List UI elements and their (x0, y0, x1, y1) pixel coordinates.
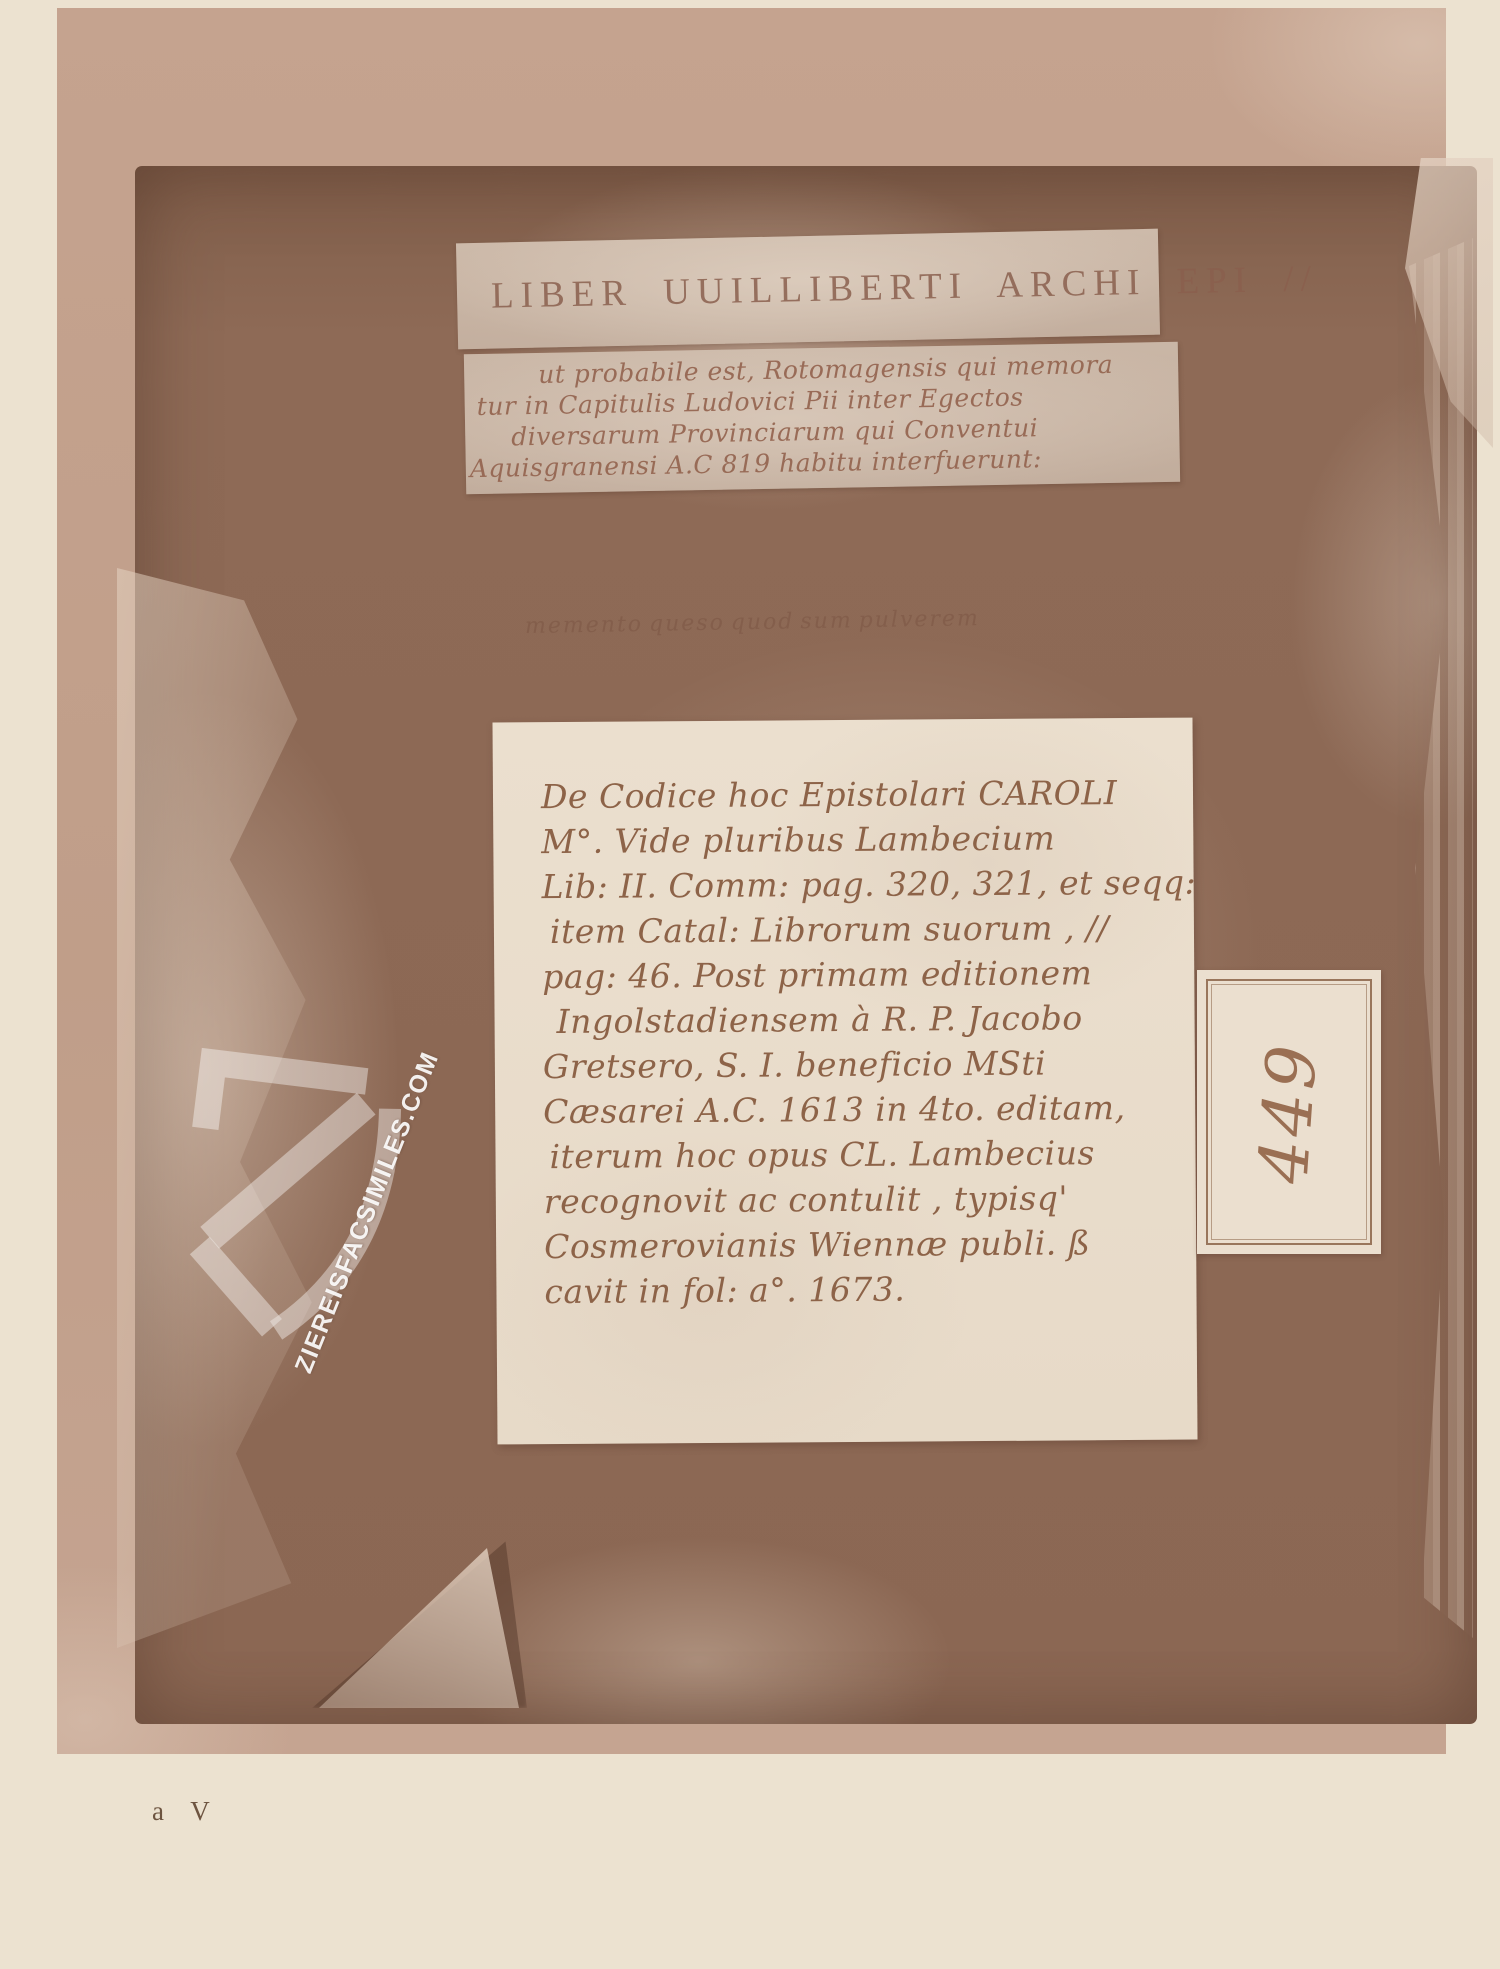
description-line: De Codice hoc Epistolari CAROLI (541, 770, 1193, 820)
description-line: M°. Vide pluribus Lambecium (541, 815, 1193, 865)
photo-plate: LIBER UUILLIBERTI ARCHI EPI // ut probab… (57, 8, 1446, 1754)
description-line: pag: 46. Post primam editionem (542, 950, 1194, 1000)
description-line: Gretsero, S. I. beneficio MSti (543, 1040, 1195, 1090)
title-label: LIBER UUILLIBERTI ARCHI EPI // (456, 229, 1160, 350)
provenance-note-label: ut probabile est, Rotomagensis qui memor… (464, 342, 1180, 494)
shelfmark-label: 449 (1197, 970, 1381, 1254)
description-line: Lib: II. Comm: pag. 320, 321, et seqq: (541, 860, 1193, 910)
facsimile-page: LIBER UUILLIBERTI ARCHI EPI // ut probab… (0, 0, 1500, 1969)
description-line: iterum hoc opus CL. Lambecius (543, 1130, 1195, 1180)
description-line: Cosmerovianis Wiennæ publi. ß (544, 1220, 1196, 1270)
shelfmark-number: 449 (1245, 1039, 1334, 1186)
shelfmark-label-border: 449 (1206, 979, 1372, 1245)
description-label: De Codice hoc Epistolari CAROLI M°. Vide… (492, 718, 1197, 1445)
description-line: Cæsarei A.C. 1613 in 4to. editam, (543, 1085, 1195, 1135)
description-line: cavit in fol: a°. 1673. (544, 1265, 1196, 1315)
description-line: item Catal: Librorum suorum , // (542, 905, 1194, 955)
description-line: recognovit ac contulit , typisq' (544, 1175, 1196, 1225)
folio-mark: a V (152, 1796, 220, 1827)
description-line: Ingolstadiensem à R. P. Jacobo (542, 995, 1194, 1045)
